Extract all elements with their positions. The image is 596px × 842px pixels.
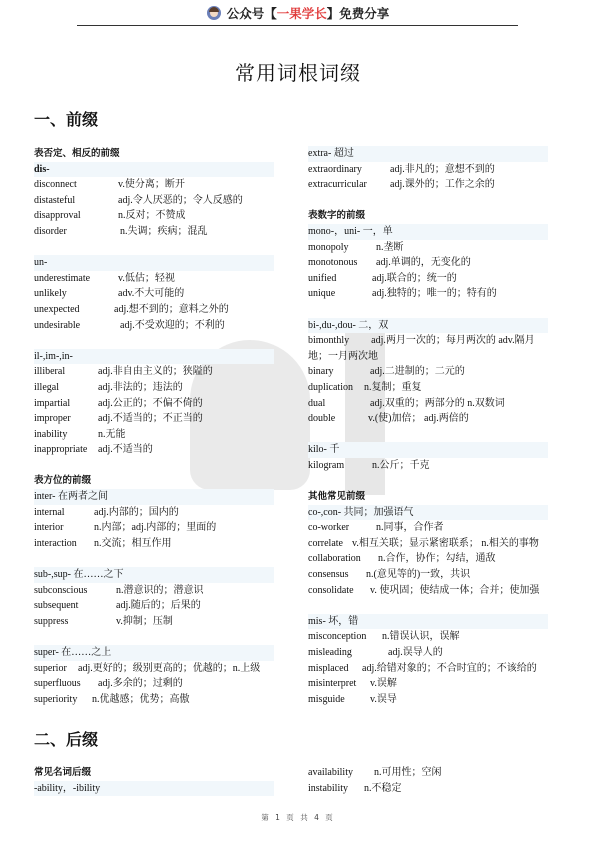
suffix-head-ability: -ability，-ibility [34,781,274,797]
group-title-noun-suffix: 常见名词后缀 [34,765,274,781]
list-item: underestimatev.低估；轻视 [34,271,274,287]
header-brand: 一果学长 [277,4,327,22]
list-item: distastefuladj.令人厌恶的；令人反感的 [34,193,274,209]
list-item: extraordinaryadj.非凡的；意想不到的 [308,162,548,178]
prefix-head-bi: bi-,du-,dou- 二，双 [308,318,548,334]
list-item: correlatev.相互关联；显示紧密联系； n.相关的事物 [308,536,548,552]
list-item: binaryadj.二进制的；二元的 [308,364,548,380]
group-title-number: 表数字的前缀 [308,208,548,224]
list-item: collaborationn.合作，协作；勾结，通敌 [308,551,548,567]
list-item: inappropriateadj.不适当的 [34,442,274,458]
list-item: misconceptionn.错误认识，误解 [308,629,548,645]
list-item: superioradj.更好的；级别更高的；优越的；n.上级 [34,661,274,677]
left-column-suffix: 常见名词后缀 -ability，-ibility [34,765,274,796]
prefix-head-kilo: kilo- 千 [308,442,548,458]
list-item: duplicationn.复制；重复 [308,380,548,396]
list-item: illegaladj.非法的；违法的 [34,380,274,396]
page-title: 常用词根词缀 [0,57,596,86]
header-prefix: 公众号【 [227,4,277,22]
list-item: disconnectv.使分离；断开 [34,177,274,193]
list-item: superfluousadj.多余的；过剩的 [34,676,274,692]
section-heading-prefix: 一、前缀 [34,107,98,130]
group-title-other: 其他常见前缀 [308,489,548,505]
list-item: subsequentadj.随后的；后果的 [34,598,274,614]
page-header: 公众号【一果学长】免费分享 [0,0,596,28]
prefix-head-sub: sub-,sup- 在……之下 [34,567,274,583]
prefix-head-co: co-,con- 共同；加强语气 [308,505,548,521]
list-item: improperadj.不适当的；不正当的 [34,411,274,427]
list-item: illiberaladj.非自由主义的；狭隘的 [34,364,274,380]
list-item: superiorityn.优越感；优势；高傲 [34,692,274,708]
group-title-position: 表方位的前缀 [34,473,274,489]
list-item: doublev.(使)加倍； adj.两倍的 [308,411,548,427]
list-item: consensusn.(意见等的)一致，共识 [308,567,548,583]
list-item: misleadingadj.误导人的 [308,645,548,661]
list-item: unifiedadj.联合的；统一的 [308,271,548,287]
prefix-head-un: un- [34,255,274,271]
list-item: disordern.失调；疾病；混乱 [34,224,274,240]
prefix-head-super: super- 在……之上 [34,645,274,661]
right-column-suffix: availabilityn.可用性；空闲 instabilityn.不稳定 [308,765,548,796]
prefix-head-inter: inter- 在两者之间 [34,489,274,505]
list-item: extracurricularadj.课外的；工作之余的 [308,177,548,193]
group-title-negation: 表否定、相反的前缀 [34,146,274,162]
list-item: misguidev.误导 [308,692,548,708]
prefix-head-mis: mis- 坏，错 [308,614,548,630]
avatar-icon [207,6,221,20]
list-item: unexpectedadj.想不到的；意料之外的 [34,302,274,318]
list-item: consolidatev. 使巩固；使结成一体；合并；使加强 [308,583,548,599]
left-column: 表否定、相反的前缀 dis- disconnectv.使分离；断开 distas… [34,146,274,707]
list-item: uniqueadj.独特的；唯一的；特有的 [308,286,548,302]
list-item: disapprovaln.反对；不赞成 [34,208,274,224]
list-item: bimonthlyadj.两月一次的；每月两次的 adv.隔月地；一月两次地 [308,333,550,364]
list-item: co-workern.同事，合作者 [308,520,548,536]
list-item: inabilityn.无能 [34,427,274,443]
list-item: unlikelyadv.不大可能的 [34,286,274,302]
list-item: subconsciousn.潜意识的；潜意识 [34,583,274,599]
list-item: suppressv.抑制；压制 [34,614,274,630]
list-item: impartialadj.公正的；不偏不倚的 [34,396,274,412]
list-item: undesirableadj.不受欢迎的；不利的 [34,318,274,334]
prefix-head-dis: dis- [34,162,274,178]
list-item: dualadj.双重的；两部分的 n.双数词 [308,396,548,412]
prefix-head-mono: mono-，uni- 一，单 [308,224,548,240]
list-item: misplacedadj.给错对象的；不合时宜的；不该给的 [308,661,548,677]
list-item: internaladj.内部的；国内的 [34,505,274,521]
list-item: availabilityn.可用性；空闲 [308,765,548,781]
list-item: instabilityn.不稳定 [308,781,548,797]
prefix-head-extra: extra- 超过 [308,146,548,162]
right-column: extra- 超过 extraordinaryadj.非凡的；意想不到的 ext… [308,146,548,707]
list-item: monotonousadj.单调的，无变化的 [308,255,548,271]
page-footer: 第 1 页 共 4 页 [0,812,596,823]
list-item: interactionn.交流；相互作用 [34,536,274,552]
header-banner: 公众号【一果学长】免费分享 [207,4,390,22]
list-item: kilogramn.公斤；千克 [308,458,548,474]
header-suffix: 】免费分享 [327,4,390,22]
section-heading-suffix: 二、后缀 [34,727,98,750]
list-item: interiorn.内部；adj.内部的；里面的 [34,520,274,536]
header-divider [77,25,518,26]
list-item: monopolyn.垄断 [308,240,548,256]
list-item: misinterpretv.误解 [308,676,548,692]
prefix-head-il: il-,im-,in- [34,349,274,365]
